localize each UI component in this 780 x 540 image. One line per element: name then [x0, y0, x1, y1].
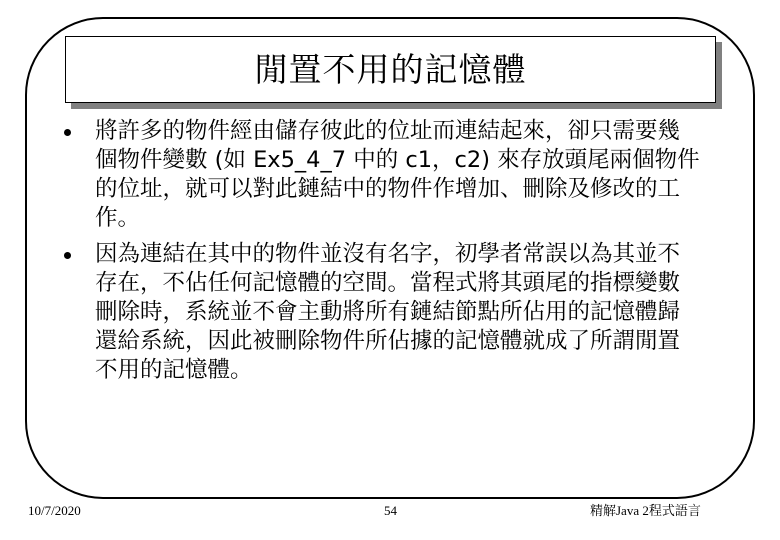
slide-title: 閒置不用的記憶體	[255, 53, 527, 86]
bullet-text: 因為連結在其中的物件並沒有名字，初學者常誤以為其並不存在，不佔任何記憶體的空間。…	[95, 241, 680, 383]
footer-page-number: 54	[384, 503, 397, 519]
bullet-dot-icon	[64, 129, 71, 136]
bullet-item: 因為連結在其中的物件並沒有名字，初學者常誤以為其並不存在，不佔任何記憶體的空間。…	[60, 240, 700, 385]
bullet-dot-icon	[64, 252, 71, 259]
footer-date: 10/7/2020	[28, 503, 81, 519]
footer-book-title: 精解Java 2程式語言	[590, 503, 701, 519]
title-box: 閒置不用的記憶體	[65, 36, 716, 103]
bullet-item: 將許多的物件經由儲存彼此的位址而連結起來，卻只需要幾個物件變數 (如 Ex5_4…	[60, 117, 700, 233]
bullet-list: 將許多的物件經由儲存彼此的位址而連結起來，卻只需要幾個物件變數 (如 Ex5_4…	[60, 117, 700, 392]
bullet-text: 將許多的物件經由儲存彼此的位址而連結起來，卻只需要幾個物件變數 (如 Ex5_4…	[95, 118, 700, 231]
